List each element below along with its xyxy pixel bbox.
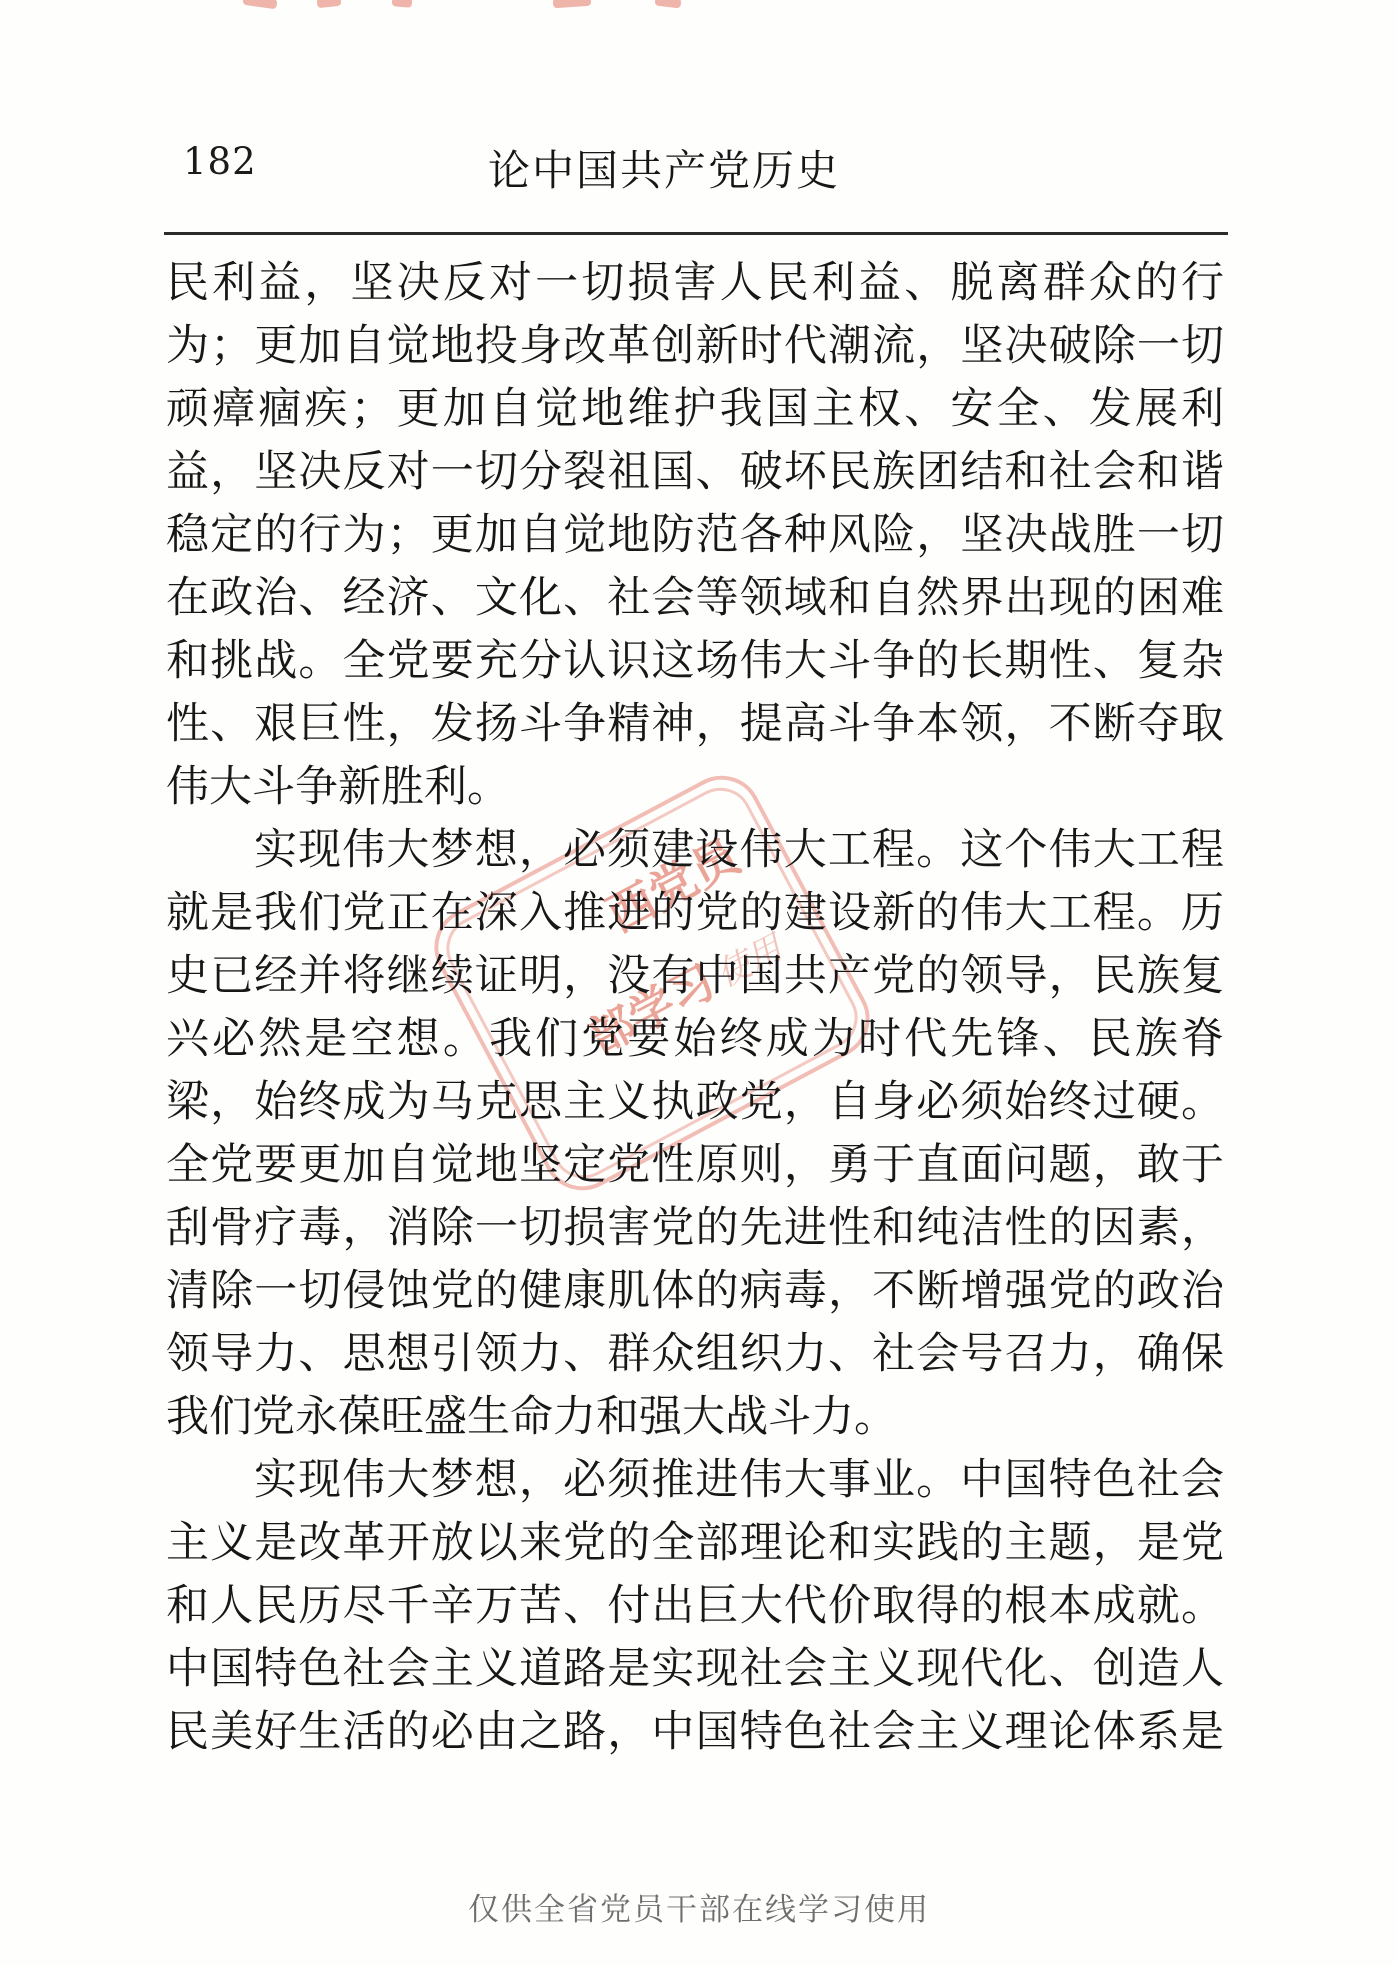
book-title: 论中国共产党历史 — [0, 138, 1328, 198]
page-body: 民利益，坚决反对一切损害人民利益、脱离群众的行为；更加自觉地投身改革创新时代潮流… — [166, 252, 1224, 1764]
text-line: 我们党永葆旺盛生命力和强大战斗力。 — [166, 1386, 1224, 1449]
text-line: 主义是改革开放以来党的全部理论和实践的主题，是党 — [166, 1512, 1224, 1575]
text-line: 领导力、思想引领力、群众组织力、社会号召力，确保 — [166, 1323, 1224, 1386]
scan-artifact — [242, 0, 277, 9]
text-line: 兴必然是空想。我们党要始终成为时代先锋、民族脊 — [166, 1008, 1224, 1071]
header-rule — [164, 232, 1228, 235]
text-line: 为；更加自觉地投身改革创新时代潮流，坚决破除一切 — [166, 315, 1224, 378]
text-line: 就是我们党正在深入推进的党的建设新的伟大工程。历 — [166, 882, 1224, 945]
text-line: 民美好生活的必由之路，中国特色社会主义理论体系是 — [166, 1701, 1224, 1764]
text-line: 和挑战。全党要充分认识这场伟大斗争的长期性、复杂 — [166, 630, 1224, 693]
text-line: 中国特色社会主义道路是实现社会主义现代化、创造人 — [166, 1638, 1224, 1701]
text-line: 益，坚决反对一切分裂祖国、破坏民族团结和社会和谐 — [166, 441, 1224, 504]
text-line: 民利益，坚决反对一切损害人民利益、脱离群众的行 — [166, 252, 1224, 315]
scanned-book-page: 182 论中国共产党历史 西党员部学习使用 民利益，坚决反对一切损害人民利益、脱… — [0, 0, 1398, 1965]
text-line: 史已经并将继续证明，没有中国共产党的领导，民族复 — [166, 945, 1224, 1008]
text-line: 在政治、经济、文化、社会等领域和自然界出现的困难 — [166, 567, 1224, 630]
footer-notice: 仅供全省党员干部在线学习使用 — [0, 1884, 1398, 1929]
text-line: 全党要更加自觉地坚定党性原则，勇于直面问题，敢于 — [166, 1134, 1224, 1197]
scan-artifact — [654, 0, 681, 9]
text-line: 伟大斗争新胜利。 — [166, 756, 1224, 819]
text-line: 实现伟大梦想，必须建设伟大工程。这个伟大工程 — [166, 819, 1224, 882]
text-line: 梁，始终成为马克思主义执政党，自身必须始终过硬。 — [166, 1071, 1224, 1134]
text-line: 顽瘴痼疾；更加自觉地维护我国主权、安全、发展利 — [166, 378, 1224, 441]
text-line: 清除一切侵蚀党的健康肌体的病毒，不断增强党的政治 — [166, 1260, 1224, 1323]
text-line: 性、艰巨性，发扬斗争精神，提高斗争本领，不断夺取 — [166, 693, 1224, 756]
text-line: 刮骨疗毒，消除一切损害党的先进性和纯洁性的因素， — [166, 1197, 1224, 1260]
text-line: 实现伟大梦想，必须推进伟大事业。中国特色社会 — [166, 1449, 1224, 1512]
scan-artifact — [317, 0, 342, 8]
text-line: 稳定的行为；更加自觉地防范各种风险，坚决战胜一切 — [166, 504, 1224, 567]
scan-artifact — [553, 0, 592, 8]
scan-artifact — [392, 0, 413, 8]
text-line: 和人民历尽千辛万苦、付出巨大代价取得的根本成就。 — [166, 1575, 1224, 1638]
